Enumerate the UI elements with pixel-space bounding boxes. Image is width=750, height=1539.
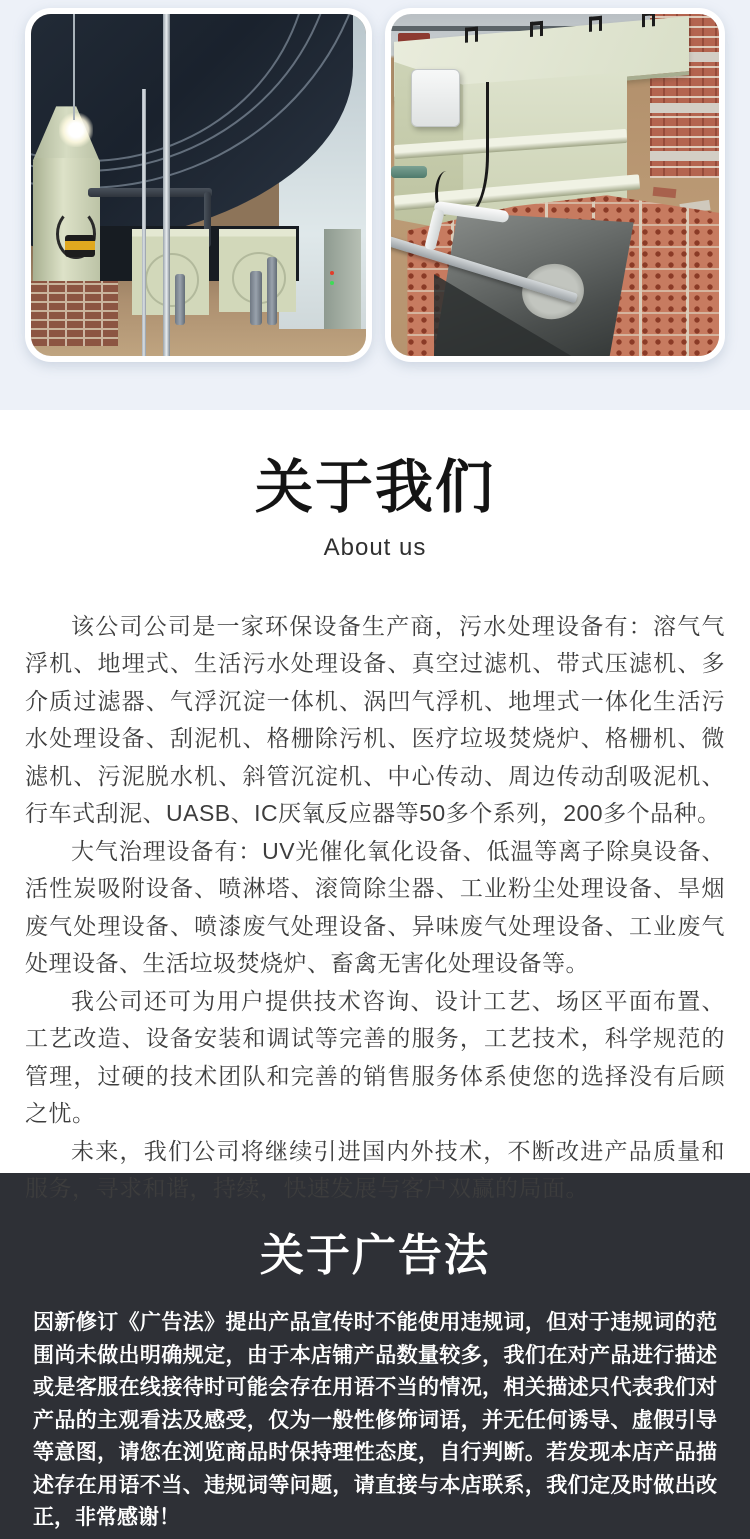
concrete-slab xyxy=(650,103,719,113)
brick-pedestal xyxy=(31,281,118,346)
about-title: 关于我们 xyxy=(0,455,750,522)
about-paragraph-1: 该公司公司是一家环保设备生产商，污水处理设备有：溶气气浮机、地埋式、生活污水处理… xyxy=(25,608,725,833)
lid-clamp xyxy=(589,16,602,31)
support-pole xyxy=(163,14,169,356)
concrete-slab xyxy=(650,151,719,161)
horizontal-pipe xyxy=(88,188,212,197)
standpipe xyxy=(175,274,185,325)
about-section: 关于我们 About us 该公司公司是一家环保设备生产商，污水处理设备有：溶气… xyxy=(0,410,750,1173)
standpipe xyxy=(267,257,277,325)
lid-clamp xyxy=(642,14,655,27)
about-paragraphs: 该公司公司是一家环保设备生产商，污水处理设备有：溶气气浮机、地埋式、生活污水处理… xyxy=(25,608,725,1208)
control-cabinet xyxy=(324,229,361,328)
lid-clamp xyxy=(530,22,543,37)
ad-law-section: 关于广告法 因新修订《广告法》提出产品宣传时不能使用违规词，但对于违规词的范围尚… xyxy=(0,1173,750,1539)
hanging-wire xyxy=(73,14,75,120)
product-detail-page: 关于我们 About us 该公司公司是一家环保设备生产商，污水处理设备有：溶气… xyxy=(0,0,750,1539)
teal-pipe xyxy=(391,166,427,178)
brick-debris xyxy=(653,187,677,198)
about-subtitle: About us xyxy=(0,534,750,562)
pump-unit xyxy=(65,235,95,257)
red-indicator-light xyxy=(330,271,334,275)
ad-law-body: 因新修订《广告法》提出产品宣传时不能使用违规词，但对于违规词的范围尚未做出明确规… xyxy=(33,1307,717,1535)
green-indicator-light xyxy=(330,281,334,285)
photo-gallery xyxy=(0,0,750,410)
ad-law-title: 关于广告法 xyxy=(33,1219,717,1283)
about-paragraph-3: 我公司还可为用户提供技术咨询、设计工艺、场区平面布置、工艺改造、设备安装和调试等… xyxy=(25,983,725,1133)
outdoor-tank-pit-photo xyxy=(391,14,719,356)
work-lamp-glow xyxy=(59,113,93,147)
lid-clamp xyxy=(465,27,478,42)
support-pole xyxy=(142,89,147,356)
box-door-ring xyxy=(145,253,198,307)
photo-card-right xyxy=(385,8,725,362)
about-paragraph-2: 大气治理设备有：UV光催化氧化设备、低温等离子除臭设备、活性炭吸附设备、喷淋塔、… xyxy=(25,833,725,983)
standpipe xyxy=(250,271,262,326)
greenhouse-equipment-photo xyxy=(31,14,366,356)
photo-card-left xyxy=(25,8,372,362)
